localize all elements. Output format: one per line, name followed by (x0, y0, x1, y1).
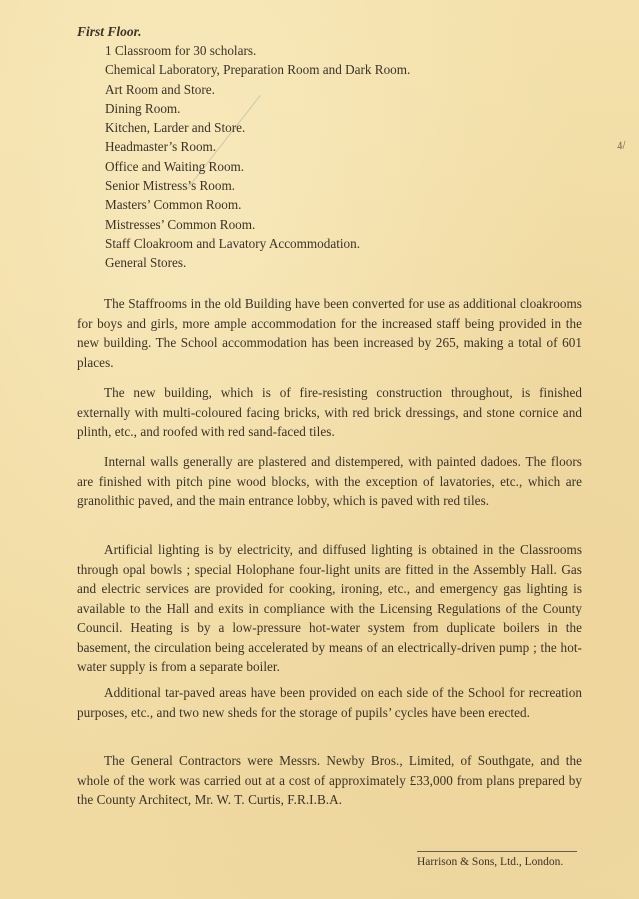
paragraph-internal-walls: Internal walls generally are plastered a… (77, 452, 582, 511)
room-item: Senior Mistress’s Room. (105, 176, 582, 195)
room-item: Headmaster’s Room. (105, 137, 582, 156)
room-item: Kitchen, Larder and Store. (105, 118, 582, 137)
section-heading: First Floor. (77, 22, 582, 41)
room-item: Dining Room. (105, 99, 582, 118)
room-list-section: First Floor. 1 Classroom for 30 scholars… (77, 22, 582, 273)
room-item: Masters’ Common Room. (105, 195, 582, 214)
paragraph-staffrooms: The Staffrooms in the old Building have … (77, 294, 582, 372)
room-list: 1 Classroom for 30 scholars. Chemical La… (77, 41, 582, 273)
printer-imprint: Harrison & Sons, Ltd., London. (417, 856, 563, 868)
room-item: Art Room and Store. (105, 80, 582, 99)
paragraph-paved-areas: Additional tar-paved areas have been pro… (77, 683, 582, 722)
imprint-divider (417, 851, 577, 852)
room-item: 1 Classroom for 30 scholars. (105, 41, 582, 60)
paragraph-construction: The new building, which is of fire-resis… (77, 383, 582, 442)
room-item: Office and Waiting Room. (105, 157, 582, 176)
room-item: Staff Cloakroom and Lavatory Accommodati… (105, 234, 582, 253)
paragraph-lighting-heating: Artificial lighting is by electricity, a… (77, 540, 582, 677)
paragraph-contractors: The General Contractors were Messrs. New… (77, 751, 582, 810)
room-item: Chemical Laboratory, Preparation Room an… (105, 60, 582, 79)
margin-annotation: 4/ (616, 139, 627, 153)
room-item: General Stores. (105, 253, 582, 272)
room-item: Mistresses’ Common Room. (105, 215, 582, 234)
